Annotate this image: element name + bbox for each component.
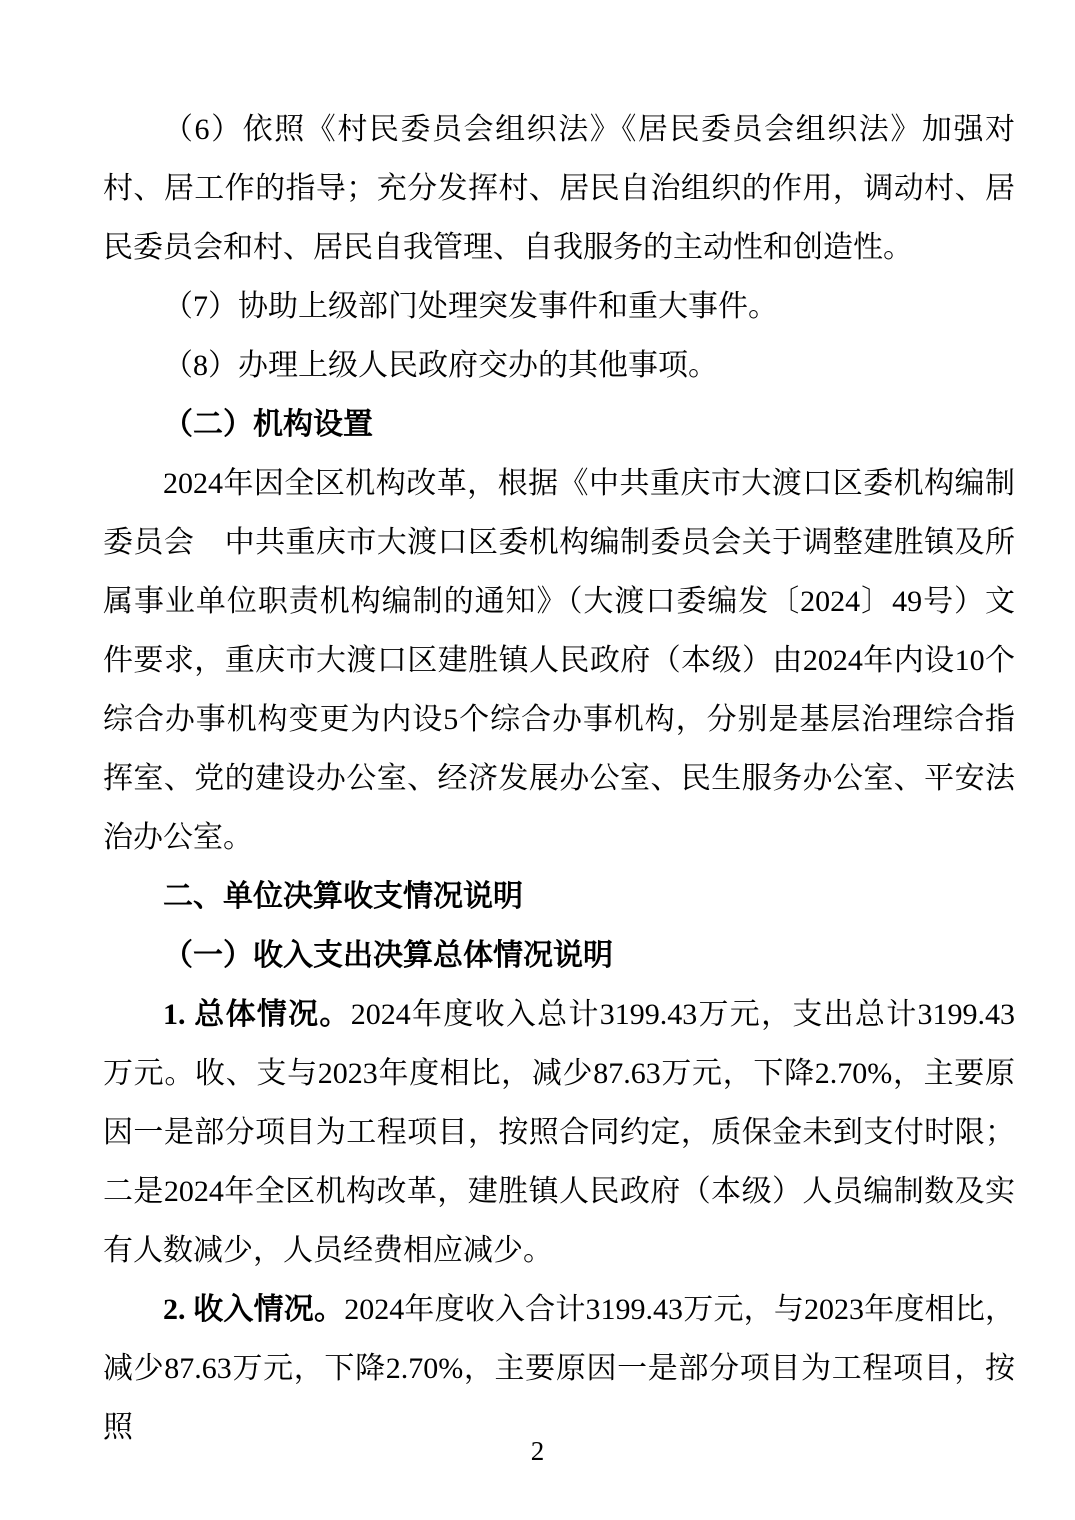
paragraph-duty-8: （8）办理上级人民政府交办的其他事项。	[103, 336, 1015, 395]
document-page: （6）依照《村民委员会组织法》《居民委员会组织法》加强对村、居工作的指导；充分发…	[0, 0, 1075, 1520]
item-label-income-situation: 2. 收入情况。	[163, 1293, 344, 1326]
section-heading-organization-setup: （二）机构设置	[103, 395, 1015, 454]
paragraph-overall-situation: 1. 总体情况。2024年度收入总计3199.43万元，支出总计3199.43万…	[103, 985, 1015, 1280]
page-number: 2	[0, 1438, 1075, 1465]
item-text-overall-situation: 2024年度收入总计3199.43万元，支出总计3199.43万元。收、支与20…	[103, 998, 1015, 1267]
paragraph-duty-7: （7）协助上级部门处理突发事件和重大事件。	[103, 277, 1015, 336]
paragraph-duty-6: （6）依照《村民委员会组织法》《居民委员会组织法》加强对村、居工作的指导；充分发…	[103, 100, 1015, 277]
chapter-heading-budget-explanation: 二、单位决算收支情况说明	[103, 867, 1015, 926]
paragraph-organization-reform: 2024年因全区机构改革，根据《中共重庆市大渡口区委机构编制委员会 中共重庆市大…	[103, 454, 1015, 867]
section-heading-income-expense-overview: （一）收入支出决算总体情况说明	[103, 926, 1015, 985]
item-label-overall-situation: 1. 总体情况。	[163, 998, 351, 1031]
paragraph-income-situation: 2. 收入情况。2024年度收入合计3199.43万元，与2023年度相比，减少…	[103, 1280, 1015, 1457]
